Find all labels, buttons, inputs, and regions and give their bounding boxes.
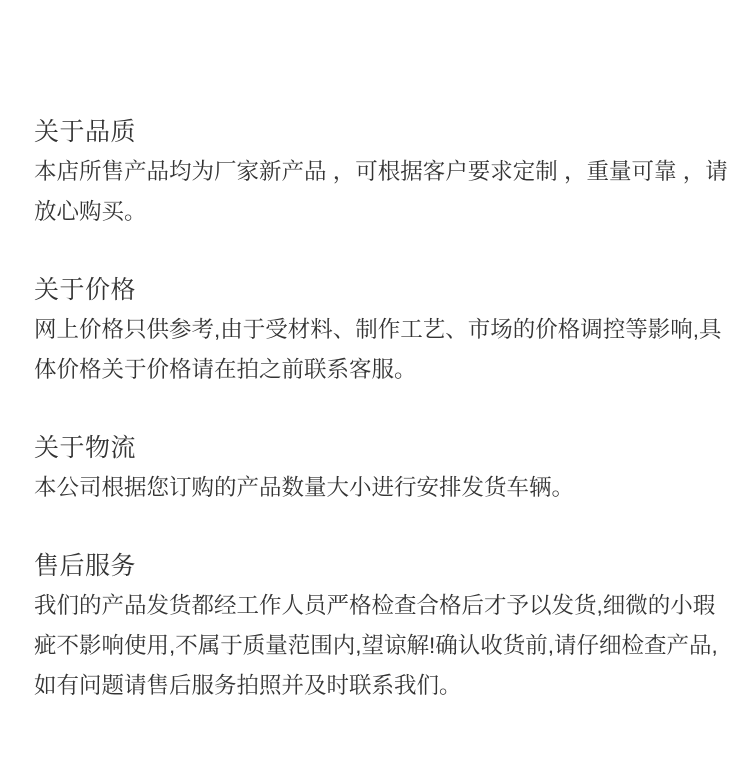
- section-quality: 关于品质 本店所售产品均为厂家新产品 ，可根据客户要求定制 ，重量可靠 ，请 放…: [34, 112, 750, 232]
- section-logistics-title: 关于物流: [34, 428, 750, 468]
- section-quality-text-line: 本店所售产品均为厂家新产品 ，可根据客户要求定制 ，重量可靠 ，请: [34, 152, 750, 192]
- section-logistics: 关于物流 本公司根据您订购的产品数量大小进行安排发货车辆。: [34, 428, 750, 508]
- section-price-text-line: 体价格关于价格请在拍之前联系客服。: [34, 350, 750, 390]
- section-after-sales-title: 售后服务: [34, 546, 750, 586]
- section-after-sales-text-line: 我们的产品发货都经工作人员严格检查合格后才予以发货,细微的小瑕: [34, 586, 750, 626]
- section-after-sales-text-line: 如有问题请售后服务拍照并及时联系我们。: [34, 666, 750, 706]
- section-price: 关于价格 网上价格只供参考,由于受材料、制作工艺、市场的价格调控等影响,具 体价…: [34, 270, 750, 390]
- section-after-sales: 售后服务 我们的产品发货都经工作人员严格检查合格后才予以发货,细微的小瑕 疵不影…: [34, 546, 750, 706]
- section-quality-text-line: 放心购买。: [34, 192, 750, 232]
- section-after-sales-text-line: 疵不影响使用,不属于质量范围内,望谅解!确认收货前,请仔细检查产品,: [34, 626, 750, 666]
- section-quality-title: 关于品质: [34, 112, 750, 152]
- product-description-page: 关于品质 本店所售产品均为厂家新产品 ，可根据客户要求定制 ，重量可靠 ，请 放…: [0, 0, 750, 762]
- section-price-text-line: 网上价格只供参考,由于受材料、制作工艺、市场的价格调控等影响,具: [34, 310, 750, 350]
- section-logistics-text-line: 本公司根据您订购的产品数量大小进行安排发货车辆。: [34, 468, 750, 508]
- section-price-title: 关于价格: [34, 270, 750, 310]
